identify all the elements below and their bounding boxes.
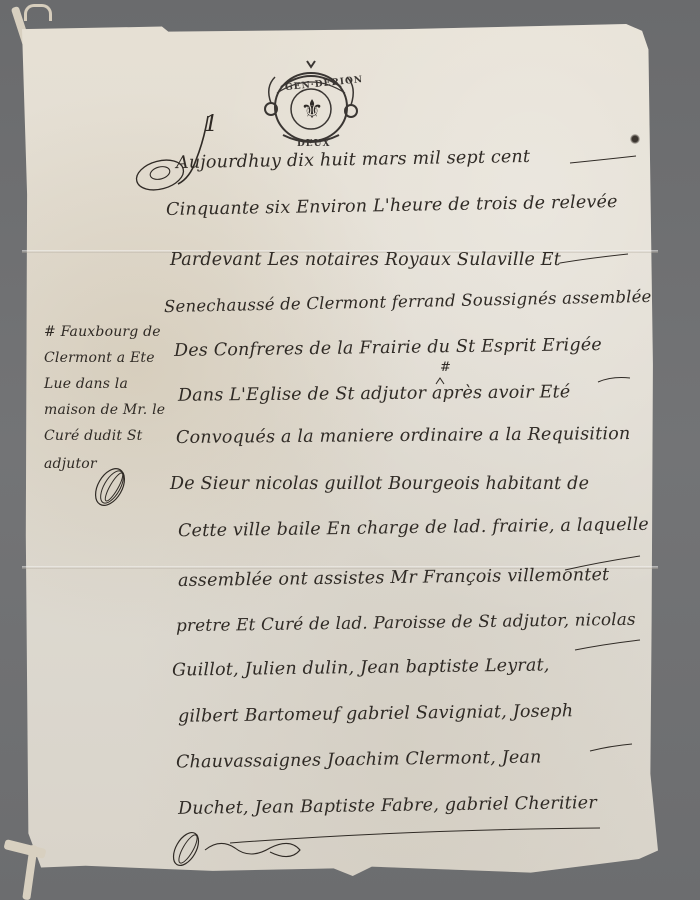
margin-note-line: # Fauxbourg de — [44, 324, 161, 340]
body-line: Pardevant Les notaires Royaux Sulaville … — [170, 250, 561, 270]
body-line: De Sieur nicolas guillot Bourgeois habit… — [170, 474, 589, 494]
insertion-mark: # — [440, 360, 451, 375]
margin-note-line: maison de Mr. le — [44, 402, 165, 418]
margin-note-line: Lue dans la — [44, 376, 128, 392]
body-line: Dans L'Eglise de St adjutor après avoir … — [178, 382, 571, 405]
body-line: Convoqués a la maniere ordinaire a la Re… — [176, 424, 631, 448]
photo-scene: GEN·DERION ⚜ DEUX 1 Aujourdhuy dix huit … — [0, 0, 700, 900]
margin-note-line: Clermont a Ete — [44, 350, 155, 366]
page-number: 1 — [204, 112, 218, 137]
margin-note-line: Curé dudit St — [44, 428, 142, 444]
margin-note-line: adjutor — [44, 456, 97, 472]
